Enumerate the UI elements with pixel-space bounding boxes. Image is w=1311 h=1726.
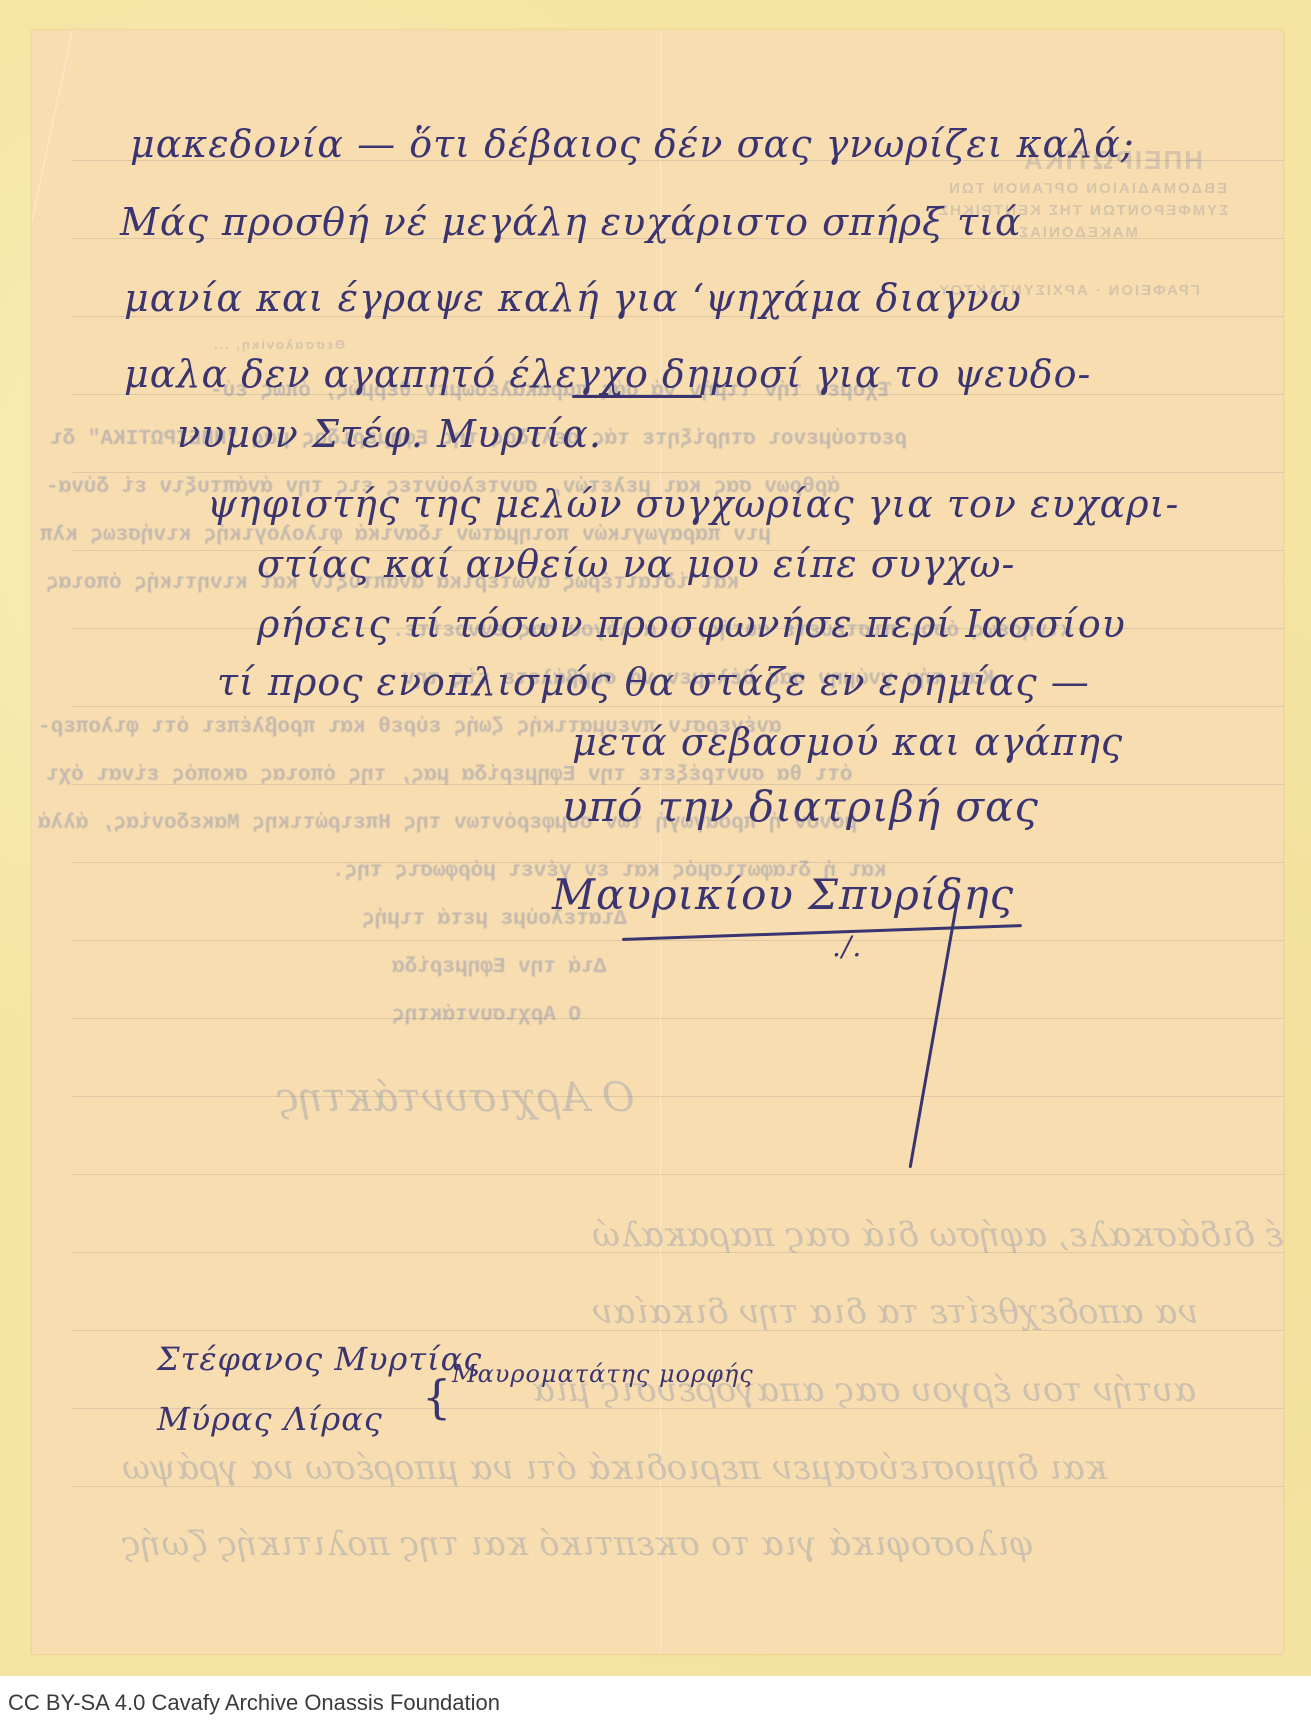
handwritten-line: ρήσεις τί τόσων προσφωνήσε περί Ιασσίου (257, 602, 1126, 646)
brace-mark: { (422, 1370, 452, 1424)
reverse-handwriting-line: φιλοσοφικά για το σκεπτικό και της πολιτ… (122, 1524, 1034, 1564)
stamp-show-through: ΜΑΚΕΔΟΝΙΑΣ (1017, 224, 1138, 241)
closing-line: υπό την διατριβή σας (562, 782, 1039, 831)
handwritten-line: τί προς ενοπλισμός θα στάζε εν ερημίας — (217, 660, 1090, 704)
typed-show-through-line: Διά την Εφημερίδα (392, 956, 606, 979)
reverse-handwriting-line: Σεβαστέ διδάσκαλε, αφήσω διά σας παρακαλ… (592, 1215, 1283, 1255)
bracket-note: Μαυροματάτης μορφής (452, 1360, 754, 1388)
city-date-show-through: Θεσσαλονίκη, ... (212, 337, 345, 352)
underline-stroke (572, 395, 702, 398)
ruled-line (72, 472, 1283, 473)
handwritten-line: ψηφιστής της μελών συγχωρίας για τον ευχ… (207, 482, 1179, 526)
handwritten-line: Μάς προσθή νέ μεγάλη ευχάριστο σπήρξ τιά (120, 200, 1022, 244)
handwritten-line: μακεδονία — ὅτι δέβαιος δέν σας γνωρίζει… (130, 122, 1135, 166)
ruled-line (72, 1096, 1283, 1097)
reverse-handwriting-line: και δημοσιεύσαμεν περιοδικά ότι να μπορέ… (122, 1448, 1107, 1488)
handwritten-line: μανία και έγραψε καλή για ‘ψηχάμα διαγνω (124, 276, 1022, 320)
handwritten-line: νυμον Στέφ. Μυρτία. (177, 412, 602, 456)
ruled-line (72, 1018, 1283, 1019)
handwritten-line: μαλα δεν αγαπητό έλεγχο δημοσί για το ψε… (124, 352, 1091, 396)
signature: Μαυρικίου Σπυρίδης (552, 870, 1014, 919)
ruled-line (72, 706, 1283, 707)
closing-line: μετά σεβασμού και αγάπης (572, 720, 1123, 764)
lower-note: Μύρας Λίρας (157, 1400, 383, 1438)
ruled-line (72, 940, 1283, 941)
letter-sheet: ΗΠΕΙΡΩΤΙΚΑ ΕΒΔΟΜΑΔΙΑΙΟΝ ΟΡΓΑΝΟΝ ΤΩΝ ΣΥΜΦ… (32, 30, 1283, 1654)
reverse-handwriting-line: να αποδεχθείτε τα δια την δικαίαν (592, 1292, 1198, 1332)
signature-flourish (909, 902, 959, 1168)
fold-crease (32, 30, 73, 255)
handwritten-line: στίας καί ανθείω να μου είπε συγχω- (257, 542, 1015, 586)
signature-mark: ./. (832, 930, 862, 963)
ruled-line (72, 1174, 1283, 1175)
signature-underline (622, 924, 1022, 941)
fold-line (660, 30, 661, 1654)
signature-show-through: Ο Αρχισυντάκτης (277, 1075, 635, 1121)
license-caption: CC BY-SA 4.0 Cavafy Archive Onassis Foun… (8, 1690, 500, 1716)
stamp-show-through: ΕΒΔΟΜΑΔΙΑΙΟΝ ΟΡΓΑΝΟΝ ΤΩΝ (947, 180, 1227, 197)
typed-show-through-line: Ο Αρχισυντάκτης (392, 1004, 581, 1027)
